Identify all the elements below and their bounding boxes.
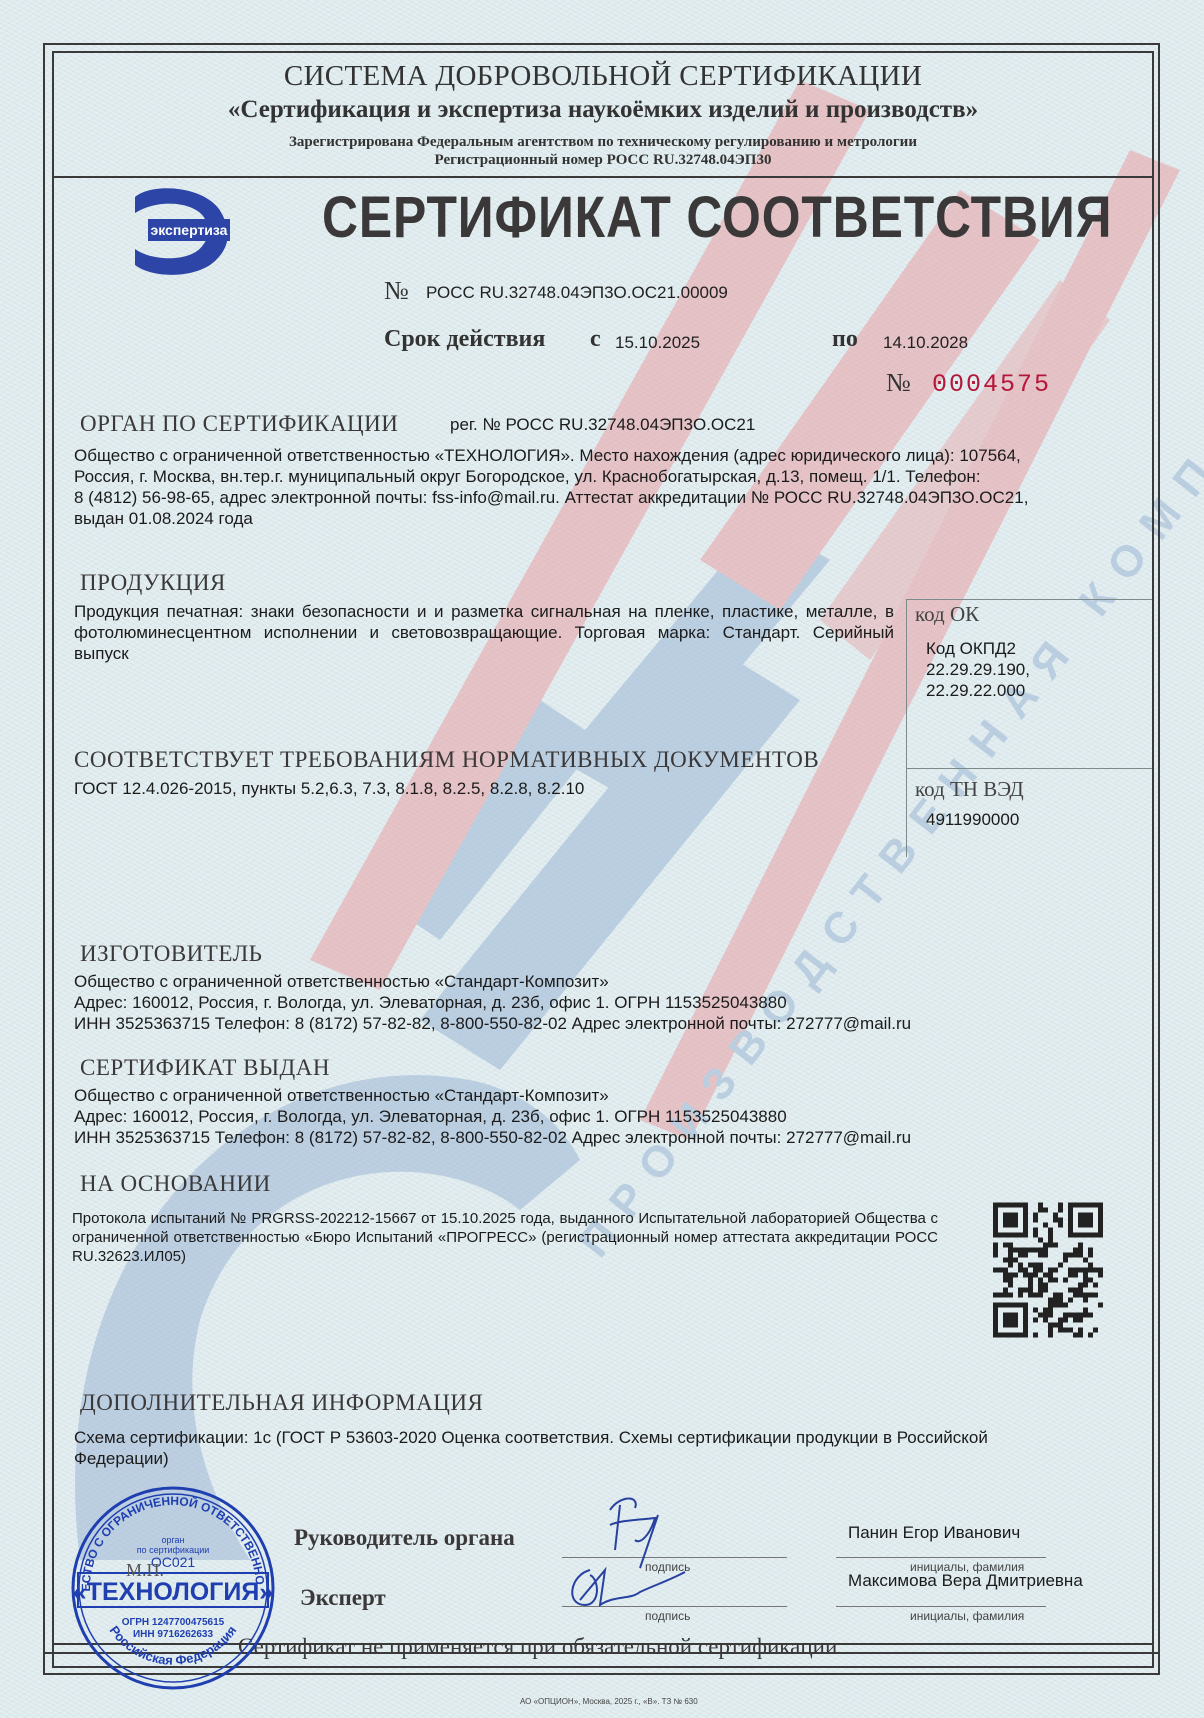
product-text: Продукция печатная: знаки безопасности и… [74,601,894,664]
validity-label: Срок действия [384,326,545,353]
svg-text:ИНН 9716262633: ИНН 9716262633 [133,1629,213,1640]
stamp-place-mark: М.П. [126,1560,164,1581]
code-ok-values: Код ОКПД2 22.29.29.190, 22.29.22.000 [926,638,1030,701]
expert-name-caption: инициалы, фамилия [910,1609,1024,1623]
stamp: ОБЩЕСТВО С ОГРАНИЧЕННОЙ ОТВЕТСТВЕННОСТЬЮ… [68,1483,278,1693]
basis-text: Протокола испытаний № PRGRSS-202212-1566… [72,1209,938,1266]
manufacturer-text: Общество с ограниченной ответственностью… [74,971,911,1034]
valid-to: 14.10.2028 [883,333,968,353]
manufacturer-line: Адрес: 160012, Россия, г. Вологда, ул. Э… [74,992,911,1013]
number-sign: № [384,276,409,306]
header-divider [54,176,1152,178]
certificate-number: РОСС RU.32748.04ЭП3О.ОС21.00009 [426,283,728,303]
additional-info-text: Схема сертификации: 1с (ГОСТ Р 53603-202… [74,1427,1084,1469]
code-ok-box: код ОК Код ОКПД2 22.29.29.190, 22.29.22.… [906,599,1152,768]
code-tnved-box: код ТН ВЭД 4911990000 [906,768,1152,857]
certification-body-line: Общество с ограниченной ответственностью… [74,445,1154,466]
issued-to-line: Общество с ограниченной ответственностью… [74,1085,911,1106]
registration-number: Регистрационный номер РОСС RU.32748.04ЭП… [54,152,1152,169]
issued-to-heading: СЕРТИФИКАТ ВЫДАН [80,1055,330,1081]
certification-body-line: 8 (4812) 56-98-65, адрес электронной поч… [74,487,1154,508]
code-ok-line: Код ОКПД2 [926,638,1030,659]
code-tnved-label: код ТН ВЭД [915,777,1024,802]
expert-signature-icon [560,1560,700,1620]
system-title: СИСТЕМА ДОБРОВОЛЬНОЙ СЕРТИФИКАЦИИ [54,60,1152,93]
code-tnved-value: 4911990000 [926,809,1019,830]
registered-line: Зарегистрирована Федеральным агентством … [54,134,1152,151]
logo-text: экспертиза [148,219,230,241]
code-ok-label: код ОК [915,602,979,627]
certification-body-line: выдан 01.08.2024 года [74,508,1154,529]
code-ok-line: 22.29.29.190, [926,659,1030,680]
certification-body-heading: ОРГАН ПО СЕРТИФИКАЦИИ [80,411,398,437]
product-heading: ПРОДУКЦИЯ [80,570,226,596]
expert-label: Эксперт [300,1585,386,1611]
valid-from: 15.10.2025 [615,333,700,353]
svg-text:«ТЕХНОЛОГИЯ»: «ТЕХНОЛОГИЯ» [73,1578,273,1606]
manufacturer-line: Общество с ограниченной ответственностью… [74,971,911,992]
code-ok-line: 22.29.22.000 [926,680,1030,701]
svg-text:орган: орган [161,1535,184,1545]
head-name-line [836,1557,1046,1558]
qr-code[interactable] [993,1202,1103,1338]
certification-body-text: Общество с ограниченной ответственностью… [74,445,1154,529]
certification-body-line: Россия, г. Москва, вн.тер.г. муниципальн… [74,466,1154,487]
head-name: Панин Егор Иванович [848,1523,1020,1543]
manufacturer-line: ИНН 3525363715 Телефон: 8 (8172) 57-82-8… [74,1013,911,1034]
printer-info: АО «ОПЦИОН», Москва, 2025 г., «В». ТЗ № … [520,1697,698,1706]
ekspertiza-logo: экспертиза [131,187,231,275]
system-name: «Сертификация и экспертиза наукоёмких из… [54,96,1152,124]
form-number-sign: № [886,368,911,398]
issued-to-text: Общество с ограниченной ответственностью… [74,1085,911,1148]
expert-name: Максимова Вера Дмитриевна [848,1571,1083,1591]
validity-to-label: по [832,326,858,353]
certification-body-reg: рег. № РОСС RU.32748.04ЭП3О.ОС21 [450,414,755,435]
expert-name-line [836,1606,1046,1607]
additional-info-heading: ДОПОЛНИТЕЛЬНАЯ ИНФОРМАЦИЯ [80,1390,483,1416]
stamp-icon: ОБЩЕСТВО С ОГРАНИЧЕННОЙ ОТВЕТСТВЕННОСТЬЮ… [68,1483,278,1693]
form-number: 0004575 [932,370,1051,399]
manufacturer-heading: ИЗГОТОВИТЕЛЬ [80,941,262,967]
conformity-text: ГОСТ 12.4.026-2015, пункты 5.2,6.3, 7.3,… [74,778,584,799]
head-signature-icon [580,1490,690,1570]
conformity-heading: СООТВЕТСТВУЕТ ТРЕБОВАНИЯМ НОРМАТИВНЫХ ДО… [74,747,819,773]
footer-note: Сертификат не применяется при обязательн… [238,1634,837,1660]
validity-from-label: с [590,326,601,353]
issued-to-line: Адрес: 160012, Россия, г. Вологда, ул. Э… [74,1106,911,1127]
issued-to-line: ИНН 3525363715 Телефон: 8 (8172) 57-82-8… [74,1127,911,1148]
head-label: Руководитель органа [294,1525,515,1551]
basis-heading: НА ОСНОВАНИИ [80,1171,271,1197]
document-title: СЕРТИФИКАТ СООТВЕТСТВИЯ [322,184,1112,251]
svg-text:ОГРН 1247700475615: ОГРН 1247700475615 [122,1617,225,1628]
